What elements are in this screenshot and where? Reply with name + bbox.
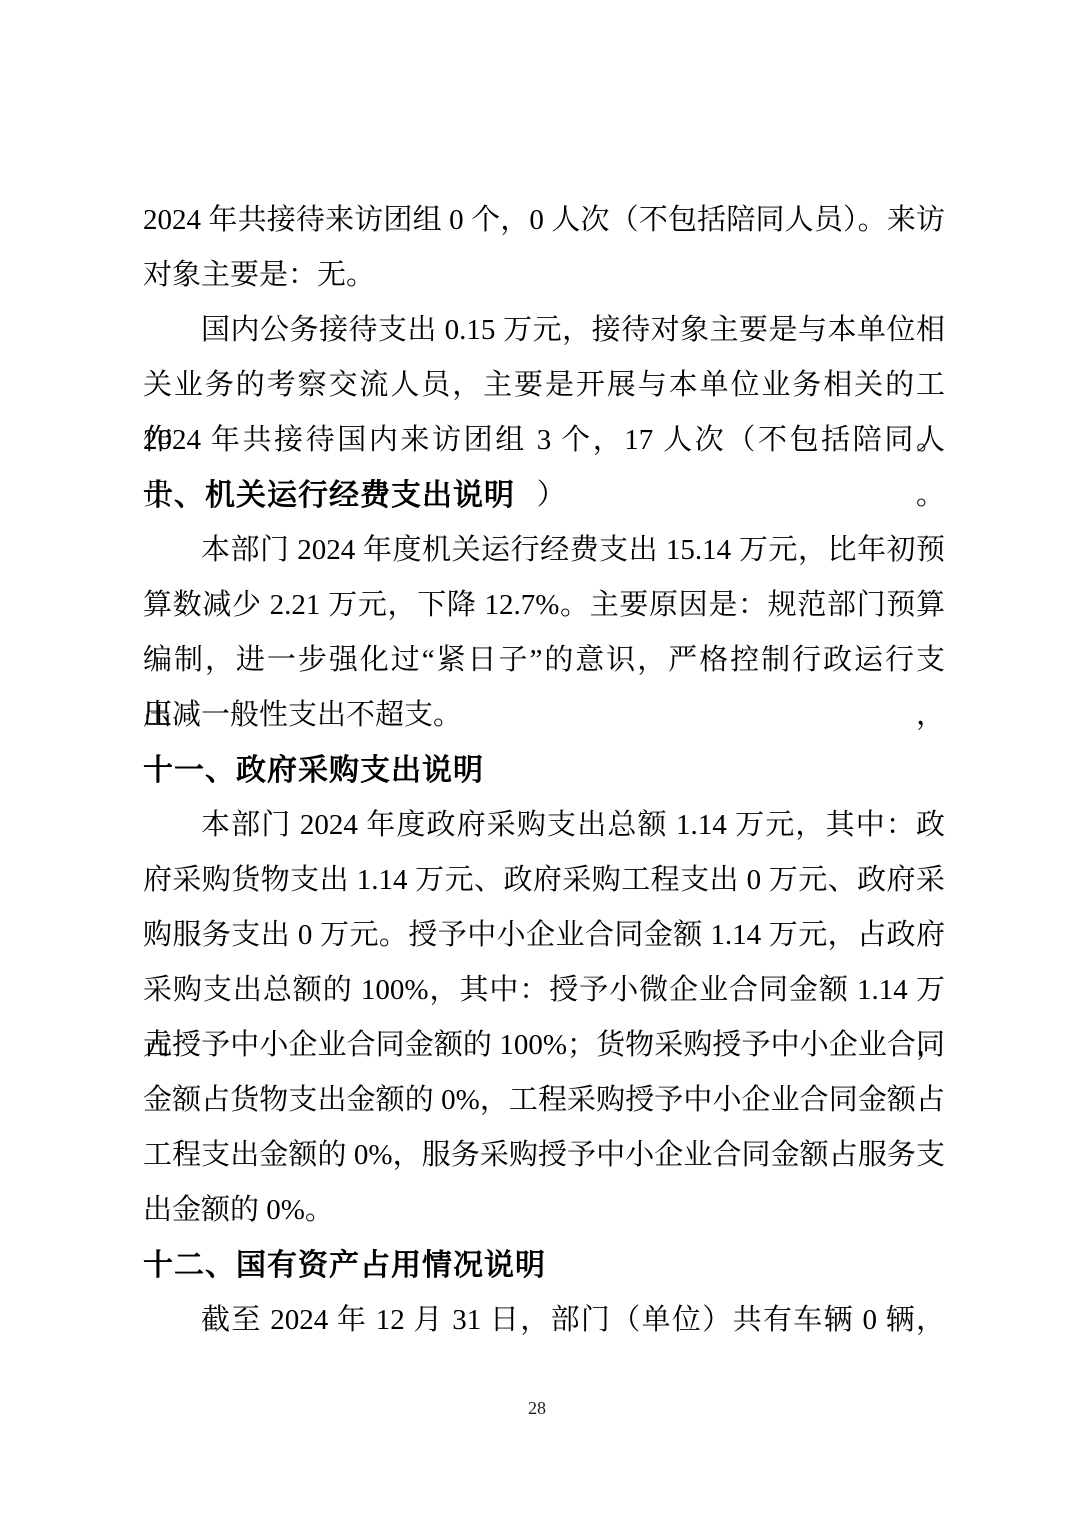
- text-line: 2024 年共接待来访团组 0 个，0 人次（不包括陪同人员）。来访: [143, 193, 945, 248]
- text-line: 本部门 2024 年度机关运行经费支出 15.14 万元，比年初预: [143, 523, 945, 578]
- text-line: 占授予中小企业合同金额的 100%；货物采购授予中小企业合同: [143, 1018, 945, 1073]
- text-line: 算数减少 2.21 万元，下降 12.7%。主要原因是：规范部门预算: [143, 578, 945, 633]
- text-line: 本部门 2024 年度政府采购支出总额 1.14 万元，其中：政: [143, 798, 945, 853]
- document-body: 2024 年共接待来访团组 0 个，0 人次（不包括陪同人员）。来访对象主要是：…: [143, 193, 945, 1348]
- text-line: 出金额的 0%。: [143, 1183, 945, 1238]
- text-line: 编制，进一步强化过“紧日子”的意识，严格控制行政运行支出，: [143, 633, 945, 688]
- section-heading: 十二、国有资产占用情况说明: [143, 1238, 945, 1293]
- text-line: 金额占货物支出金额的 0%，工程采购授予中小企业合同金额占: [143, 1073, 945, 1128]
- text-line: 截至 2024 年 12 月 31 日，部门（单位）共有车辆 0 辆，: [143, 1293, 945, 1348]
- text-line: 工程支出金额的 0%，服务采购授予中小企业合同金额占服务支: [143, 1128, 945, 1183]
- text-line: 国内公务接待支出 0.15 万元，接待对象主要是与本单位相: [143, 303, 945, 358]
- text-line: 采购支出总额的 100%，其中：授予小微企业合同金额 1.14 万元，: [143, 963, 945, 1018]
- document-page: 2024 年共接待来访团组 0 个，0 人次（不包括陪同人员）。来访对象主要是：…: [0, 0, 1074, 1520]
- text-line: 关业务的考察交流人员，主要是开展与本单位业务相关的工作。: [143, 358, 945, 413]
- text-line: 2024 年共接待国内来访团组 3 个，17 人次（不包括陪同人员）。: [143, 413, 945, 468]
- text-line: 府采购货物支出 1.14 万元、政府采购工程支出 0 万元、政府采: [143, 853, 945, 908]
- section-heading: 十一、政府采购支出说明: [143, 743, 945, 798]
- text-line: 对象主要是：无。: [143, 248, 945, 303]
- text-line: 购服务支出 0 万元。授予中小企业合同金额 1.14 万元，占政府: [143, 908, 945, 963]
- page-number: 28: [0, 1398, 1074, 1419]
